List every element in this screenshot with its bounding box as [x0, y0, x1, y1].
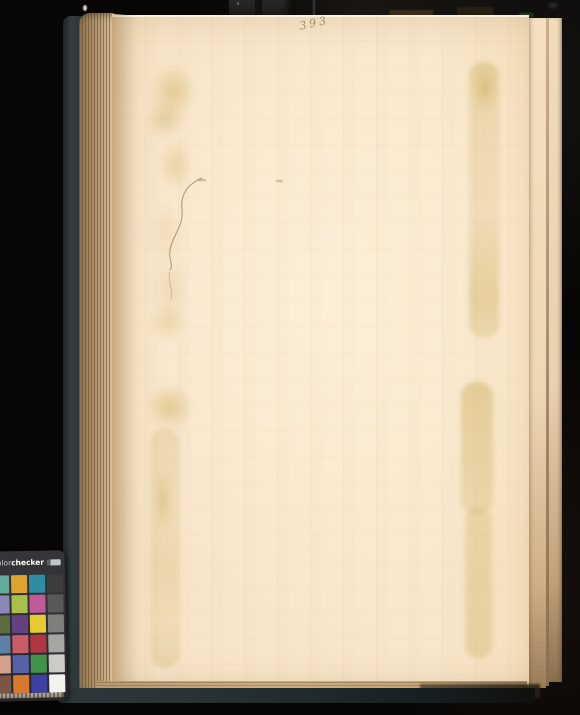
hair-fiber-mark	[150, 170, 220, 310]
dust-speck	[237, 2, 239, 5]
following-leaf-edge	[549, 18, 562, 682]
cc-patch-blue-sky	[0, 635, 11, 653]
pencil-dash	[276, 180, 283, 182]
glue-stain	[146, 382, 194, 432]
clamp-stripe	[255, 0, 262, 15]
cc-patch-neutral-8	[49, 654, 65, 672]
cc-patch-light-skin	[0, 655, 11, 673]
cc-patch-yellow	[30, 615, 46, 633]
classic-badge-icon	[47, 559, 61, 565]
cc-patch-purplish-blue	[13, 655, 29, 673]
cc-patch-magenta	[29, 595, 45, 613]
glue-stain	[151, 428, 179, 668]
glue-stain	[153, 468, 173, 532]
cc-patch-blue	[31, 675, 47, 693]
cc-patch-neutral-5	[48, 614, 64, 632]
cc-patch-yellow-green	[11, 595, 27, 613]
cc-patch-orange-yellow	[11, 575, 27, 593]
cc-patch-neutral-6-5	[48, 634, 64, 652]
colorchecker-patch-grid	[0, 574, 67, 695]
cc-patch-purple	[12, 615, 28, 633]
glue-stain	[473, 64, 497, 112]
page-edge-stack	[79, 13, 114, 696]
wordmark-light: color	[0, 558, 11, 567]
wordmark-bold: checker	[11, 558, 44, 568]
cover-board-bottom	[57, 688, 535, 703]
cc-patch-black	[47, 574, 63, 592]
dust-speck	[548, 3, 558, 8]
colorchecker-card: colorchecker	[0, 550, 68, 702]
cc-patch-orange	[13, 675, 29, 693]
cc-patch-dark-skin	[0, 675, 11, 693]
cc-patch-moderate-red	[12, 635, 28, 653]
cc-patch-white	[49, 674, 65, 692]
cc-patch-bluish-green	[0, 575, 9, 593]
following-leaf-edge	[529, 18, 546, 688]
camera-clamp-fixture	[229, 0, 296, 15]
colorchecker-header: colorchecker	[0, 555, 63, 570]
dust-speck	[83, 5, 87, 11]
colorchecker-ruler	[0, 692, 64, 698]
cc-patch-blue-flower	[0, 595, 10, 613]
glue-stain	[465, 508, 492, 658]
cc-patch-cyan	[29, 575, 45, 593]
cc-patch-neutral-3-5	[47, 594, 63, 612]
cc-patch-red	[30, 635, 46, 653]
gutter-shadow	[112, 15, 138, 691]
glue-stain	[146, 98, 184, 140]
cc-patch-green	[31, 655, 47, 673]
glue-stain	[461, 382, 493, 514]
archival-photo-stage: 393 colorchecker	[0, 0, 580, 715]
colorchecker-wordmark: colorchecker	[0, 559, 44, 568]
cc-patch-foliage	[0, 615, 10, 633]
